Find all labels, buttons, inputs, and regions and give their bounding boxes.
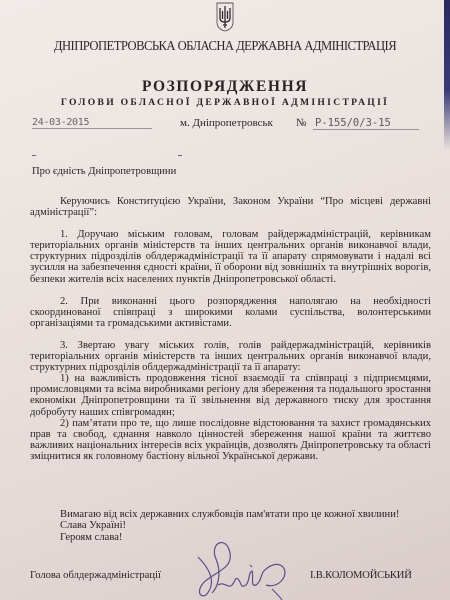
document-number-label: № <box>296 117 307 129</box>
document-subject: Про єдність Дніпропетровщини <box>32 166 176 177</box>
document-page: ДНІПРОПЕТРОВСЬКА ОБЛАСНА ДЕРЖАВНА АДМІНІ… <box>0 0 450 600</box>
organization-name: ДНІПРОПЕТРОВСЬКА ОБЛАСНА ДЕРЖАВНА АДМІНІ… <box>16 38 435 54</box>
trident-emblem-icon <box>215 2 235 32</box>
signer-position: Голова облдержадміністрації <box>30 570 161 581</box>
document-subtitle: ГОЛОВИ ОБЛАСНОЇ ДЕРЖАВНОЇ АДМІНІСТРАЦІЇ <box>0 97 450 108</box>
paragraph-1: 1. Доручаю міським головам, головам райд… <box>30 229 431 284</box>
paragraph-2: 2. При виконанні цього розпорядження нап… <box>30 296 431 329</box>
document-date: 24-03-2015 <box>32 117 152 129</box>
document-title: РОЗПОРЯДЖЕННЯ <box>0 78 450 96</box>
preamble: Керуючись Конституцією України, Законом … <box>30 196 431 218</box>
background-edge <box>444 0 450 150</box>
signature-icon <box>188 537 298 600</box>
signer-name: І.В.КОЛОМОЙСЬКИЙ <box>310 570 412 581</box>
document-body: Керуючись Конституцією України, Законом … <box>30 196 431 462</box>
document-city: м. Дніпропетровськ <box>180 117 273 129</box>
subitem-2: 2) пам’ятати про те, що лише послідовне … <box>30 418 431 462</box>
closing-demand: Вимагаю від всіх державних службовців па… <box>30 509 431 520</box>
corner-mark <box>32 155 36 156</box>
document-number: Р-155/0/3-15 <box>313 117 419 130</box>
subitem-1: 1) на важливість продовження тісної взає… <box>30 373 431 417</box>
slogan-glory-ukraine: Слава Україні! <box>30 520 431 531</box>
corner-mark <box>178 155 182 156</box>
paragraph-3: 3. Звертаю увагу міських голів, голів ра… <box>30 340 431 373</box>
